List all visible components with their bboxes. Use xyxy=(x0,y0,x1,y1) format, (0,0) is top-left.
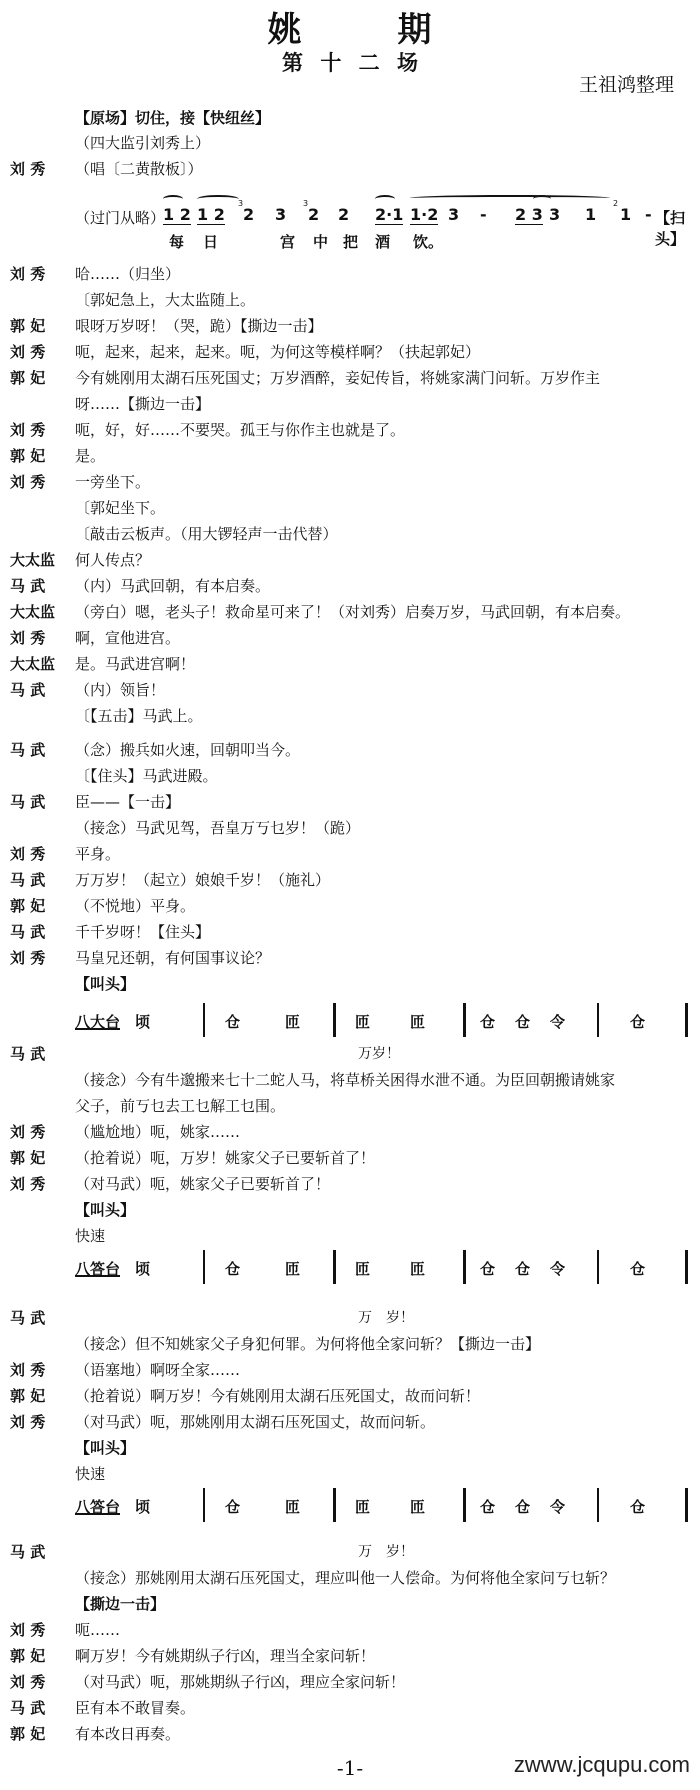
dialogue-text: 是。马武进宫啊！ xyxy=(75,652,195,676)
dialogue-line: 马 武万 岁！ xyxy=(0,1540,700,1564)
dialogue-text: 【叫头】 xyxy=(75,1198,135,1222)
percussion-beat: 匝 xyxy=(410,1011,425,1032)
percussion-row: 八答台 顷 仓 匝 匝 匝 仓 仓 令 仓 xyxy=(75,1488,695,1522)
percussion-beat: 匝 xyxy=(410,1496,425,1517)
aside-text: 万 岁！ xyxy=(358,1306,414,1330)
slur-mark xyxy=(163,195,183,203)
note: 1 xyxy=(620,205,631,224)
dialogue-text: 千千岁呀！【住头】 xyxy=(75,920,210,944)
lyric: 每 xyxy=(169,231,184,252)
note: 2 3 xyxy=(515,205,543,225)
dialogue-text: 父子，前丂乜去工乜解工乜围。 xyxy=(75,1094,285,1118)
speaker-name: 刘 秀 xyxy=(10,946,70,970)
dialogue-line: 刘 秀呃，好，好……不要哭。孤王与你作主也就是了。 xyxy=(0,418,700,442)
dialogue-text: 哏呀万岁呀！（哭，跪）【撕边一击】 xyxy=(75,314,323,338)
dialogue-line: （接念）那姚刚用太湖石压死国丈，理应叫他一人偿命。为何将他全家问丂乜斩？ xyxy=(0,1566,700,1590)
speaker-name: 刘 秀 xyxy=(10,1358,70,1382)
percussion-beat: 顷 xyxy=(135,1496,150,1517)
opening-direction: （四大监引刘秀上） xyxy=(75,131,210,155)
lyric: 中 xyxy=(313,231,328,252)
slur-mark xyxy=(533,195,551,203)
bar-line xyxy=(203,1250,205,1284)
speaker-name: 郭 妃 xyxy=(10,894,70,918)
dialogue-text: （旁白）嗯，老头子！救命星可来了！（对刘秀）启奏万岁，马武回朝，有本启奏。 xyxy=(75,600,630,624)
percussion-beat: 仓 xyxy=(225,1011,240,1032)
tempo-line: 快速 xyxy=(0,1462,700,1486)
dialogue-text: 何人传点？ xyxy=(75,548,150,572)
speaker-name: 郭 妃 xyxy=(10,366,70,390)
dialogue-line: 郭 妃哏呀万岁呀！（哭，跪）【撕边一击】 xyxy=(0,314,700,338)
end-cue: 【扫头】 xyxy=(655,207,695,249)
speaker-name: 刘 秀 xyxy=(10,842,70,866)
dialogue-line: 刘 秀平身。 xyxy=(0,842,700,866)
note: 2 xyxy=(243,205,254,224)
percussion-beat: 仓 xyxy=(225,1258,240,1279)
speaker-name: 郭 妃 xyxy=(10,1644,70,1668)
dialogue-text: （对马武）呃，那姚期纵子行凶，理应全家问斩！ xyxy=(75,1670,405,1694)
note: 2 xyxy=(308,205,319,224)
note: 3 xyxy=(549,205,560,224)
lead-in: （过门从略） xyxy=(75,207,165,228)
slur-mark xyxy=(197,195,239,203)
lyric: 饮。 xyxy=(413,231,443,252)
dialogue-text: 〔【五击】马武上。 xyxy=(75,704,203,728)
dialogue-line: 刘 秀（对马武）呃，那姚期纵子行凶，理应全家问斩！ xyxy=(0,1670,700,1694)
play-title: 姚期 xyxy=(0,2,700,51)
lyric: 宫 xyxy=(280,231,295,252)
dialogue-line: 郭 妃（抢着说）啊万岁！今有姚刚用太湖石压死国丈，故而问斩！ xyxy=(0,1384,700,1408)
dialogue-text: 【叫头】 xyxy=(75,972,135,996)
dialogue-line: 郭 妃今有姚刚用太湖石压死国丈；万岁酒醉，妾妃传旨，将姚家满门问斩。万岁作主 xyxy=(0,366,700,390)
dialogue-line: 【叫头】 xyxy=(0,972,700,996)
end-bar-line xyxy=(685,1003,688,1037)
dialogue-text: 是。 xyxy=(75,444,105,468)
repeat-bar-line xyxy=(333,1003,336,1037)
repeat-bar-line xyxy=(463,1250,466,1284)
dialogue-line: 刘 秀呃，起来，起来，起来。呃，为何这等模样啊？（扶起郭妃） xyxy=(0,340,700,364)
dialogue-line: 【叫头】 xyxy=(0,1436,700,1460)
dialogue-text: （接念）那姚刚用太湖石压死国丈，理应叫他一人偿命。为何将他全家问丂乜斩？ xyxy=(75,1566,615,1590)
title-char-2: 期 xyxy=(398,2,433,51)
percussion-beat: 令 xyxy=(550,1496,565,1517)
opening-cue-line: 【原场】切住，接【快纽丝】 xyxy=(0,106,700,130)
dialogue-text: （对马武）呃，那姚刚用太湖石压死国丈，故而问斩。 xyxy=(75,1410,435,1434)
dialogue-line: 大太监何人传点？ xyxy=(0,548,700,572)
note: 1 2 xyxy=(197,205,225,225)
opening-direction-line: （四大监引刘秀上） xyxy=(0,131,700,155)
slur-mark xyxy=(410,195,610,201)
repeat-bar-line xyxy=(463,1488,466,1522)
speaker-name: 刘 秀 xyxy=(10,157,70,181)
grace-note: 2 xyxy=(613,199,618,208)
percussion-beat: 匝 xyxy=(285,1258,300,1279)
speaker-name: 刘 秀 xyxy=(10,1120,70,1144)
speaker-name: 刘 秀 xyxy=(10,470,70,494)
dialogue-text: （抢着说）啊万岁！今有姚刚用太湖石压死国丈，故而问斩！ xyxy=(75,1384,480,1408)
dialogue-text: （语塞地）啊呀全家…… xyxy=(75,1358,240,1382)
dialogue-text: 有本改日再奏。 xyxy=(75,1722,180,1746)
percussion-beat: 匝 xyxy=(410,1258,425,1279)
lyric: 日 xyxy=(203,231,218,252)
dialogue-line: 〔敲击云板声。（用大锣轻声一击代替） xyxy=(0,522,700,546)
dialogue-line: 马 武（念）搬兵如火速，回朝叩当今。 xyxy=(0,738,700,762)
slur-mark xyxy=(375,195,395,203)
repeat-bar-line xyxy=(463,1003,466,1037)
speaker-name: 马 武 xyxy=(10,1696,70,1720)
speaker-name: 大太监 xyxy=(10,652,70,676)
tempo-mark: 快速 xyxy=(75,1224,105,1248)
speaker-name: 刘 秀 xyxy=(10,1618,70,1642)
repeat-bar-line xyxy=(333,1488,336,1522)
dialogue-text: （不悦地）平身。 xyxy=(75,894,195,918)
percussion-row: 八答台 顷 仓 匝 匝 匝 仓 仓 令 仓 xyxy=(75,1250,695,1284)
dialogue-line: 呀……【撕边一击】 xyxy=(0,392,700,416)
bar-line xyxy=(597,1250,599,1284)
dialogue-text: 〔郭妃坐下。 xyxy=(75,496,165,520)
dialogue-line: 【叫头】 xyxy=(0,1198,700,1222)
lyric: 把 xyxy=(343,231,358,252)
note: 3 xyxy=(275,205,286,224)
speaker-name: 马 武 xyxy=(10,738,70,762)
repeat-bar-line xyxy=(333,1250,336,1284)
aside-text: 万 岁！ xyxy=(358,1540,414,1564)
note: - xyxy=(645,205,652,224)
dialogue-text: （内）领旨！ xyxy=(75,678,165,702)
dialogue-line: 【撕边一击】 xyxy=(0,1592,700,1616)
dialogue-line: 刘 秀（语塞地）啊呀全家…… xyxy=(0,1358,700,1382)
lyric: 酒 xyxy=(375,231,390,252)
dialogue-text: 一旁坐下。 xyxy=(75,470,150,494)
dialogue-text: （接念）马武见驾，吾皇万丂乜岁！（跪） xyxy=(75,816,360,840)
dialogue-text: 臣——【一击】 xyxy=(75,790,180,814)
dialogue-line: 〔【五击】马武上。 xyxy=(0,704,700,728)
dialogue-text: 〔敲击云板声。（用大锣轻声一击代替） xyxy=(75,522,338,546)
dialogue-line: 刘 秀（对马武）呃，那姚刚用太湖石压死国丈，故而问斩。 xyxy=(0,1410,700,1434)
dialogue-line: 〔郭妃坐下。 xyxy=(0,496,700,520)
dialogue-line: 刘 秀哈……（归坐） xyxy=(0,262,700,286)
speaker-name: 马 武 xyxy=(10,1540,70,1564)
dialogue-line: 马 武千千岁呀！【住头】 xyxy=(0,920,700,944)
dialogue-text: 臣有本不敢冒奏。 xyxy=(75,1696,195,1720)
dialogue-line: 郭 妃有本改日再奏。 xyxy=(0,1722,700,1746)
percussion-beat: 仓 xyxy=(630,1011,645,1032)
percussion-beat: 顷 xyxy=(135,1011,150,1032)
dialogue-text: 〔郭妃急上，大太监随上。 xyxy=(75,288,255,312)
dialogue-line: 郭 妃是。 xyxy=(0,444,700,468)
dialogue-text: 啊万岁！今有姚期纵子行凶，理当全家问斩！ xyxy=(75,1644,375,1668)
dialogue-line: 刘 秀（对马武）呃，姚家父子已要斩首了！ xyxy=(0,1172,700,1196)
percussion-row: 八大台 顷 仓 匝 匝 匝 仓 仓 令 仓 xyxy=(75,1003,695,1037)
dialogue-line: 马 武万岁！ xyxy=(0,1042,700,1066)
speaker-name: 郭 妃 xyxy=(10,314,70,338)
dialogue-line: 〔郭妃急上，大太监随上。 xyxy=(0,288,700,312)
dialogue-line: （接念）今有牛邈搬来七十二蛇人马，将草桥关困得水泄不通。为臣回朝搬请姚家 xyxy=(0,1068,700,1092)
dialogue-line: 大太监是。马武进宫啊！ xyxy=(0,652,700,676)
dialogue-line: 刘 秀呃…… xyxy=(0,1618,700,1642)
dialogue-line: 马 武（内）马武回朝，有本启奏。 xyxy=(0,574,700,598)
dialogue-text: （接念）但不知姚家父子身犯何罪。为何将他全家问斩？【撕边一击】 xyxy=(75,1332,540,1356)
speaker-name: 刘 秀 xyxy=(10,418,70,442)
dialogue-text: （抢着说）呃，万岁！姚家父子已要斩首了！ xyxy=(75,1146,375,1170)
percussion-beat: 顷 xyxy=(135,1258,150,1279)
percussion-beat: 仓 xyxy=(225,1496,240,1517)
note: 2·1 xyxy=(375,205,403,225)
dialogue-line: 马 武万万岁！（起立）娘娘千岁！（施礼） xyxy=(0,868,700,892)
note: 1·2 xyxy=(410,205,438,225)
dialogue-line: 郭 妃（不悦地）平身。 xyxy=(0,894,700,918)
dialogue-text: 【撕边一击】 xyxy=(75,1592,165,1616)
note: 3 xyxy=(448,205,459,224)
dialogue-line: 刘 秀（尴尬地）呃，姚家…… xyxy=(0,1120,700,1144)
percussion-beat: 匝 xyxy=(355,1496,370,1517)
percussion-beat: 仓 xyxy=(515,1496,530,1517)
percussion-beat: 仓 xyxy=(480,1258,495,1279)
dialogue-text: 〔【住头】马武进殿。 xyxy=(75,764,218,788)
dialogue-text: 呃，起来，起来，起来。呃，为何这等模样啊？（扶起郭妃） xyxy=(75,340,480,364)
speaker-name: 大太监 xyxy=(10,548,70,572)
tempo-mark: 快速 xyxy=(75,1462,105,1486)
bar-line xyxy=(203,1003,205,1037)
speaker-name: 马 武 xyxy=(10,790,70,814)
dialogue-text: （尴尬地）呃，姚家…… xyxy=(75,1120,240,1144)
percussion-head: 八答台 xyxy=(75,1258,120,1279)
arranger-credit: 王祖鸿整理 xyxy=(579,70,674,97)
dialogue-line: （接念）马武见驾，吾皇万丂乜岁！（跪） xyxy=(0,816,700,840)
speaker-name: 刘 秀 xyxy=(10,340,70,364)
dialogue-line: 马 武臣有本不敢冒奏。 xyxy=(0,1696,700,1720)
percussion-beat: 匝 xyxy=(285,1011,300,1032)
bar-line xyxy=(597,1003,599,1037)
dialogue-text: 马皇兄还朝，有何国事议论？ xyxy=(75,946,270,970)
dialogue-text: 呃…… xyxy=(75,1618,120,1642)
dialogue-text: 【叫头】 xyxy=(75,1436,135,1460)
dialogue-text: 哈……（归坐） xyxy=(75,262,180,286)
end-bar-line xyxy=(685,1488,688,1522)
percussion-beat: 令 xyxy=(550,1011,565,1032)
opening-cue: 【原场】切住，接【快纽丝】 xyxy=(75,106,270,130)
dialogue-line: （接念）但不知姚家父子身犯何罪。为何将他全家问斩？【撕边一击】 xyxy=(0,1332,700,1356)
percussion-beat: 匝 xyxy=(285,1496,300,1517)
dialogue-line: 〔【住头】马武进殿。 xyxy=(0,764,700,788)
dialogue-line: 郭 妃啊万岁！今有姚期纵子行凶，理当全家问斩！ xyxy=(0,1644,700,1668)
speaker-name: 刘 秀 xyxy=(10,1670,70,1694)
dialogue-text: 万万岁！（起立）娘娘千岁！（施礼） xyxy=(75,868,330,892)
dialogue-text: （念）搬兵如火速，回朝叩当今。 xyxy=(75,738,300,762)
dialogue-line: 刘 秀啊，宣他进宫。 xyxy=(0,626,700,650)
percussion-beat: 匝 xyxy=(355,1011,370,1032)
dialogue-line: 郭 妃（抢着说）呃，万岁！姚家父子已要斩首了！ xyxy=(0,1146,700,1170)
dialogue-text: （接念）今有牛邈搬来七十二蛇人马，将草桥关困得水泄不通。为臣回朝搬请姚家 xyxy=(75,1068,615,1092)
tempo-line: 快速 xyxy=(0,1224,700,1248)
percussion-beat: 仓 xyxy=(515,1258,530,1279)
sing-mode-line: 刘 秀 （唱〔二黄散板〕） xyxy=(0,157,700,181)
title-char-1: 姚 xyxy=(268,2,303,51)
speaker-name: 大太监 xyxy=(10,600,70,624)
note: 1 2 xyxy=(163,205,191,225)
dialogue-text: （内）马武回朝，有本启奏。 xyxy=(75,574,270,598)
note: 1 xyxy=(585,205,596,224)
jianpu-notation: （过门从略） 1 2 1 2 3 2 3 3 2 2 2·1 1·2 3 - 2… xyxy=(75,195,695,255)
speaker-name: 刘 秀 xyxy=(10,262,70,286)
dialogue-line: 刘 秀马皇兄还朝，有何国事议论？ xyxy=(0,946,700,970)
dialogue-line: 大太监（旁白）嗯，老头子！救命星可来了！（对刘秀）启奏万岁，马武回朝，有本启奏。 xyxy=(0,600,700,624)
dialogue-text: 今有姚刚用太湖石压死国丈；万岁酒醉，妾妃传旨，将姚家满门问斩。万岁作主 xyxy=(75,366,600,390)
watermark: zwww.jcqupu.com xyxy=(514,1752,690,1778)
speaker-name: 郭 妃 xyxy=(10,444,70,468)
speaker-name: 郭 妃 xyxy=(10,1146,70,1170)
dialogue-text: 呃，好，好……不要哭。孤王与你作主也就是了。 xyxy=(75,418,405,442)
note: - xyxy=(480,205,487,224)
speaker-name: 郭 妃 xyxy=(10,1384,70,1408)
dialogue-line: 刘 秀一旁坐下。 xyxy=(0,470,700,494)
percussion-beat: 令 xyxy=(550,1258,565,1279)
percussion-beat: 仓 xyxy=(480,1496,495,1517)
speaker-name: 马 武 xyxy=(10,1042,70,1066)
bar-line xyxy=(597,1488,599,1522)
speaker-name: 刘 秀 xyxy=(10,1410,70,1434)
dialogue-line: 马 武臣——【一击】 xyxy=(0,790,700,814)
speaker-name: 郭 妃 xyxy=(10,1722,70,1746)
percussion-head: 八答台 xyxy=(75,1496,120,1517)
percussion-beat: 仓 xyxy=(515,1011,530,1032)
percussion-head: 八大台 xyxy=(75,1011,120,1032)
percussion-beat: 匝 xyxy=(355,1258,370,1279)
speaker-name: 马 武 xyxy=(10,920,70,944)
percussion-beat: 仓 xyxy=(630,1496,645,1517)
aside-text: 万岁！ xyxy=(358,1042,400,1066)
dialogue-line: 父子，前丂乜去工乜解工乜围。 xyxy=(0,1094,700,1118)
speaker-name: 马 武 xyxy=(10,678,70,702)
sing-mode: （唱〔二黄散板〕） xyxy=(75,157,203,181)
speaker-name: 马 武 xyxy=(10,1306,70,1330)
speaker-name: 马 武 xyxy=(10,868,70,892)
dialogue-line: 马 武（内）领旨！ xyxy=(0,678,700,702)
note: 2 xyxy=(338,205,349,224)
end-bar-line xyxy=(685,1250,688,1284)
percussion-beat: 仓 xyxy=(630,1258,645,1279)
bar-line xyxy=(203,1488,205,1522)
dialogue-text: 平身。 xyxy=(75,842,120,866)
speaker-name: 马 武 xyxy=(10,574,70,598)
dialogue-line: 马 武万 岁！ xyxy=(0,1306,700,1330)
dialogue-text: （对马武）呃，姚家父子已要斩首了！ xyxy=(75,1172,330,1196)
dialogue-text: 呀……【撕边一击】 xyxy=(75,392,210,416)
speaker-name: 刘 秀 xyxy=(10,1172,70,1196)
speaker-name: 刘 秀 xyxy=(10,626,70,650)
percussion-beat: 仓 xyxy=(480,1011,495,1032)
dialogue-text: 啊，宣他进宫。 xyxy=(75,626,180,650)
